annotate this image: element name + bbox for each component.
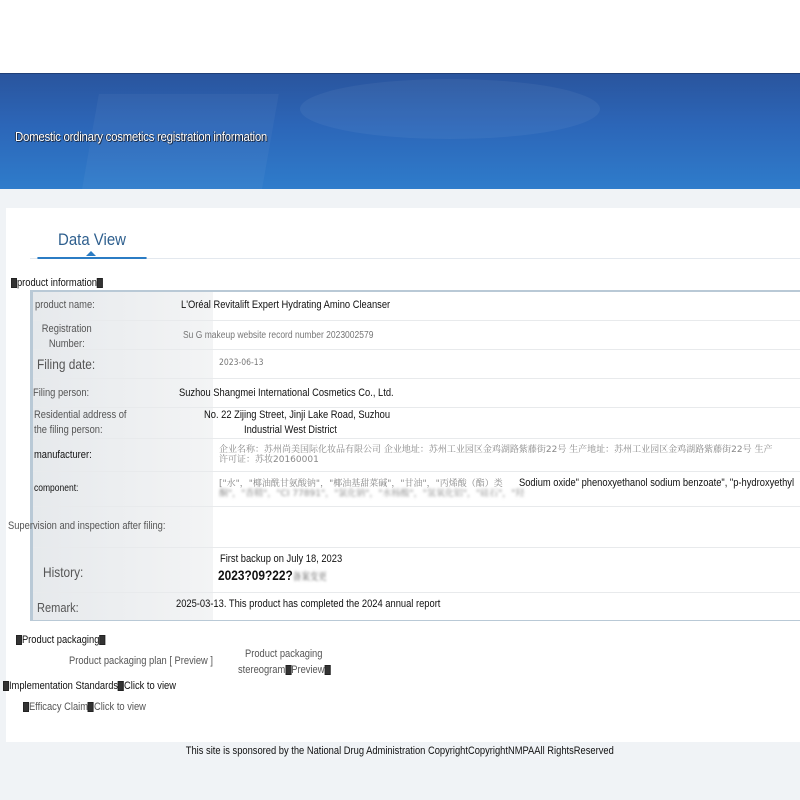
filing-date-value: 2023-06-13 bbox=[219, 358, 263, 368]
banner-title: Domestic ordinary cosmetics registration… bbox=[15, 129, 267, 144]
top-bar bbox=[0, 0, 800, 73]
component-value-cn: ["水"，"椰油酰甘氨酸钠"，"椰油基甜菜碱"，"甘油"，"丙烯酸（酯）类 bbox=[219, 479, 503, 489]
table-row: History: First backup on July 18, 2023 2… bbox=[33, 548, 800, 593]
registration-number-value: Su G makeup website record number 202300… bbox=[183, 330, 373, 341]
address-value-line2: Industrial West District bbox=[244, 424, 337, 436]
component-value-line2: 酮"，"香精"，"CI 77891"，"氯化钠"，"水杨酸"，"氢氧化铝"，"硅… bbox=[219, 489, 524, 499]
table-row: component: ["水"，"椰油酰甘氨酸钠"，"椰油基甜菜碱"，"甘油"，… bbox=[33, 472, 800, 507]
missing-glyph-icon bbox=[97, 278, 103, 288]
address-value-line1: No. 22 Zijing Street, Jinji Lake Road, S… bbox=[204, 409, 390, 421]
history-value-line1: First backup on July 18, 2023 bbox=[220, 553, 342, 565]
row-label: product name: bbox=[35, 299, 95, 311]
row-label: Supervision and inspection after filing: bbox=[8, 520, 165, 532]
tab-active-caret-icon bbox=[86, 251, 96, 256]
efficacy-claim-row: Efficacy ClaimClick to view bbox=[23, 701, 146, 713]
product-packaging-heading: Product packaging bbox=[16, 634, 105, 646]
table-row: Filing person: Suzhou Shangmei Internati… bbox=[33, 379, 800, 408]
row-label: History: bbox=[43, 564, 83, 580]
efficacy-click-to-view-link[interactable]: Click to view bbox=[94, 701, 146, 713]
row-label: Residential address of the filing person… bbox=[34, 408, 128, 438]
footer: This site is sponsored by the National D… bbox=[0, 745, 800, 757]
table-row: Residential address of the filing person… bbox=[33, 408, 800, 439]
row-label: Filing date: bbox=[37, 356, 95, 372]
table-row: Registration Number: Su G makeup website… bbox=[33, 321, 800, 350]
product-information-heading: product information bbox=[11, 277, 103, 289]
manufacturer-value-line1: 企业名称：苏州尚美国际化妆品有限公司 企业地址：苏州工业园区金鸡湖路紫藤街22号… bbox=[219, 445, 773, 455]
implementation-standards-row: Implementation StandardsClick to view bbox=[3, 680, 176, 692]
product-name-value: L'Oréal Revitalift Expert Hydrating Amin… bbox=[181, 299, 390, 311]
table-row: Remark: 2025-03-13. This product has com… bbox=[33, 593, 800, 620]
tab-bar: Data View bbox=[30, 224, 800, 259]
manufacturer-value-line2: 许可证：苏妆20160001 bbox=[219, 455, 319, 465]
standards-click-to-view-link[interactable]: Click to view bbox=[124, 680, 176, 692]
product-info-table: product name: L'Oréal Revitalift Expert … bbox=[30, 290, 800, 621]
row-label: component: bbox=[34, 483, 78, 494]
table-row: Supervision and inspection after filing: bbox=[33, 507, 800, 548]
packaging-plan-preview-link[interactable]: Product packaging plan [ Preview ] bbox=[69, 655, 213, 667]
header-banner: Domestic ordinary cosmetics registration… bbox=[0, 73, 800, 189]
missing-glyph-icon bbox=[325, 665, 331, 675]
remark-value: 2025-03-13. This product has completed t… bbox=[176, 598, 440, 610]
content-card: Data View product information product na… bbox=[6, 208, 800, 742]
table-row: manufacturer: 企业名称：苏州尚美国际化妆品有限公司 企业地址：苏州… bbox=[33, 439, 800, 472]
missing-glyph-icon bbox=[99, 635, 105, 645]
component-value-en: Sodium oxide" phenoxyethanol sodium benz… bbox=[519, 477, 794, 489]
row-label: Remark: bbox=[37, 600, 79, 615]
footer-copyright: This site is sponsored by the National D… bbox=[186, 745, 614, 757]
table-row: product name: L'Oréal Revitalift Expert … bbox=[33, 292, 800, 321]
stereogram-preview-link[interactable]: stereogramPreview bbox=[238, 664, 330, 676]
row-label: Registration Number: bbox=[37, 322, 97, 352]
row-label: manufacturer: bbox=[34, 449, 92, 461]
table-row: Filing date: 2023-06-13 bbox=[33, 350, 800, 379]
history-value-line2: 2023?09?22?备案变更 bbox=[218, 567, 327, 583]
row-label: Filing person: bbox=[33, 387, 89, 399]
stereogram-label-line1: Product packaging bbox=[245, 648, 322, 660]
filing-person-value: Suzhou Shangmei International Cosmetics … bbox=[179, 387, 394, 399]
